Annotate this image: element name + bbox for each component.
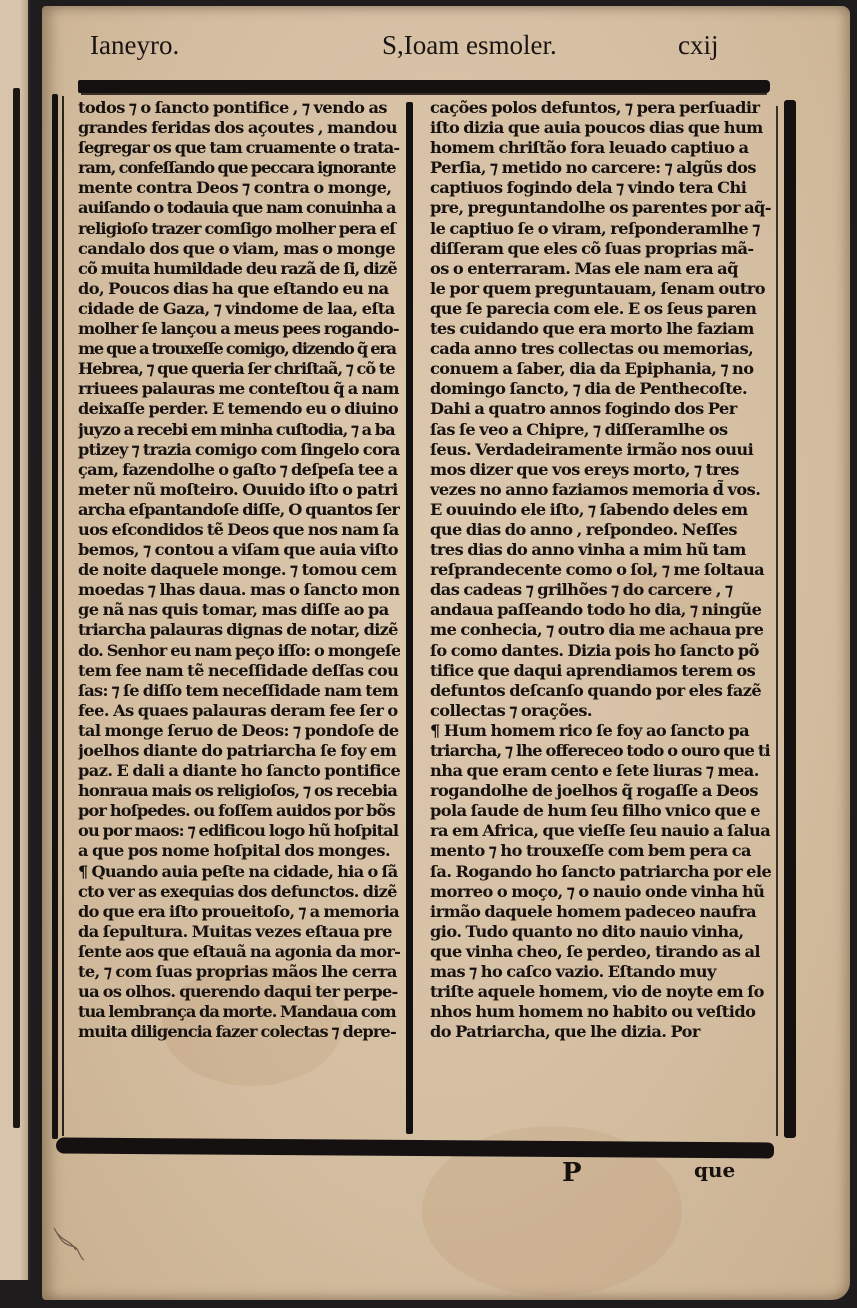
text-line: os o enterraram. Mas ele nam era aq̃: [430, 259, 772, 279]
text-line: ſo como dantes. Dizia pois ho ſancto põ: [430, 641, 772, 661]
text-line: archa eſpantandoſe diſſe, O quantos ſer: [78, 500, 400, 520]
text-line: ſente aos que eſtauã na agonia da mor-: [78, 942, 400, 962]
text-line: grandes feridas dos açoutes , mandou: [78, 118, 400, 138]
text-line: todos ⁊ o ſancto pontifice , ⁊ vendo as: [78, 98, 400, 118]
text-line: cõ muita humildade deu razã de ſi, dizẽ: [78, 259, 400, 279]
facing-page-border-rule: [13, 88, 20, 1128]
text-line: vezes no anno faziamos memoria d̃ vos.: [430, 480, 772, 500]
text-line: homem chriſtão fora leuado captiuo a: [430, 138, 772, 158]
signature-mark: P: [562, 1158, 582, 1188]
text-line: ſas ſe veo a Chipre, ⁊ diſſeramlhe os: [430, 420, 772, 440]
text-line: meter nũ moſteiro. Ouuido iſto o patri: [78, 480, 400, 500]
text-line: honraua mais os religioſos, ⁊ os recebia: [78, 781, 400, 801]
text-line: cidade de Gaza, ⁊ vindome de laa, eſta: [78, 299, 400, 319]
text-line: irmão daquele homem padeceo naufra: [430, 902, 772, 922]
text-line: te, ⁊ com ſuas proprias mãos lhe cerra: [78, 962, 400, 982]
text-line: que dias do anno , reſpondeo. Neſſes: [430, 520, 772, 540]
text-line: uos eſcondidos tẽ Deos que nos nam ſa: [78, 520, 400, 540]
text-line: le captiuo ſe o viram, reſponderamlhe ⁊: [430, 219, 772, 239]
text-line: Dahi a quatro annos fogindo dos Per: [430, 399, 772, 419]
text-line: me conhecia, ⁊ outro dia me achaua pre: [430, 620, 772, 640]
text-line: ram, confeſſando que peccara ignorante: [78, 158, 400, 178]
text-line: mente contra Deos ⁊ contra o monge,: [78, 178, 400, 198]
text-line: muita diligencia fazer colectas ⁊ depre-: [78, 1022, 400, 1042]
text-line: ptizey ⁊ trazia comigo com ſingelo cora: [78, 440, 400, 460]
text-line: collectas ⁊ orações.: [430, 701, 772, 721]
text-line: ou por maos: ⁊ edificou logo hũ hoſpital: [78, 821, 400, 841]
text-line: do Patriarcha, que lhe dizia. Por: [430, 1022, 772, 1042]
text-line: auiſando o todauia que nam conuinha a: [78, 198, 400, 218]
text-line: rriuees palauras me conteſtou q̃ a nam: [78, 379, 400, 399]
text-line: tres dias do anno vinha a mim hũ tam: [430, 540, 772, 560]
text-line: candalo dos que o viam, mas o monge: [78, 239, 400, 259]
catchword: que: [694, 1158, 735, 1182]
facing-page-edge: [0, 0, 30, 1280]
text-line: triſte aquele homem, vio de noyte em ſo: [430, 982, 772, 1002]
folio-number: cxij: [678, 30, 719, 61]
text-line: pre, preguntandolhe os parentes por aq̃-: [430, 198, 772, 218]
right-text-column: cações polos defuntos, ⁊ pera perſuadiri…: [430, 98, 772, 1042]
text-line: nhos hum homem no habito ou veſtido: [430, 1002, 772, 1022]
text-line: juyzo a recebi em minha cuſtodia, ⁊ a ba: [78, 420, 400, 440]
pen-scribble-mark: [50, 1224, 90, 1264]
column-divider-rule: [406, 102, 413, 1134]
text-line: ¶ Hum homem rico ſe foy ao ſancto pa: [430, 721, 772, 741]
top-border-rule: [78, 80, 770, 93]
text-line: de noite daquele monge. ⁊ tomou cem: [78, 560, 400, 580]
text-line: do, Poucos dias ha que eſtando eu na: [78, 279, 400, 299]
text-line: rogandolhe de joelhos q̃ rogaſſe a Deos: [430, 781, 772, 801]
text-line: nha que eram cento e ſete liuras ⁊ mea.: [430, 761, 772, 781]
text-line: ſas: ⁊ ſe diſſo tem neceſſidade nam tem: [78, 681, 400, 701]
text-line: que ſe parecia com ele. E os ſeus paren: [430, 299, 772, 319]
text-line: triarcha palauras dignas de notar, dizẽ: [78, 620, 400, 640]
running-head-title: S,Ioam esmoler.: [382, 30, 557, 61]
text-line: das cadeas ⁊ grilhões ⁊ do carcere , ⁊: [430, 580, 772, 600]
text-line: bemos, ⁊ contou a viſam que auia viſto: [78, 540, 400, 560]
text-line: mos dizer que vos ereys morto, ⁊ tres: [430, 460, 772, 480]
text-line: que vinha cheo, ſe perdeo, tirando as al: [430, 942, 772, 962]
text-line: ua os olhos. querendo daqui ter perpe-: [78, 982, 400, 1002]
text-line: çam, fazendolhe o gaſto ⁊ deſpeſa tee a: [78, 460, 400, 480]
text-line: por hoſpedes. ou foſſem auidos por bõs: [78, 801, 400, 821]
text-line: tal monge ſeruo de Deos: ⁊ pondoſe de: [78, 721, 400, 741]
text-line: pola ſaude de hum ſeu filho vnico que e: [430, 801, 772, 821]
running-head: Ianeyro. S,Ioam esmoler. cxij: [42, 30, 850, 70]
text-line: reſprandecente como o ſol, ⁊ me ſoltaua: [430, 560, 772, 580]
text-line: ra em Africa, que vieſſe ſeu nauio a ſal…: [430, 821, 772, 841]
book-page: Ianeyro. S,Ioam esmoler. cxij todos ⁊ o …: [42, 6, 850, 1300]
text-line: triarcha, ⁊ lhe offereceo todo o ouro qu…: [430, 741, 772, 761]
text-line: religioſo trazer comſigo molher pera eſ: [78, 219, 400, 239]
text-line: do que era iſto proueitoſo, ⁊ a memoria: [78, 902, 400, 922]
text-line: cações polos defuntos, ⁊ pera perſuadir: [430, 98, 772, 118]
text-line: cto ver as exequias dos defunctos. dizẽ: [78, 882, 400, 902]
text-line: Hebrea, ⁊ que queria ſer chriſtaã, ⁊ cõ …: [78, 359, 400, 379]
text-line: ſa. Rogando ho ſancto patriarcha por ele: [430, 862, 772, 882]
right-border-rule: [784, 100, 796, 1138]
text-line: defuntos deſcanſo quando por eles fazẽ: [430, 681, 772, 701]
left-text-column: todos ⁊ o ſancto pontifice , ⁊ vendo asg…: [78, 98, 400, 1042]
text-line: do. Senhor eu nam peço iſſo: o mongeſe: [78, 641, 400, 661]
text-line: tifice que daqui aprendiamos terem os: [430, 661, 772, 681]
text-line: mento ⁊ ho trouxeſſe com bem pera ca: [430, 841, 772, 861]
left-border-inner-rule: [62, 96, 64, 1136]
text-line: captiuos fogindo dela ⁊ vindo tera Chi: [430, 178, 772, 198]
text-line: conuem a ſaber, dia da Epiphania, ⁊ no: [430, 359, 772, 379]
text-line: joelhos diante do patriarcha ſe foy em: [78, 741, 400, 761]
text-line: gio. Tudo quanto no dito nauio vinha,: [430, 922, 772, 942]
text-line: tes cuidando que era morto lhe faziam: [430, 319, 772, 339]
text-line: le por quem preguntauam, ſenam outro: [430, 279, 772, 299]
text-line: diſſeram que eles cõ ſuas proprias mã-: [430, 239, 772, 259]
text-line: iſto dizia que auia poucos dias que hum: [430, 118, 772, 138]
text-line: domingo ſancto, ⁊ dia de Penthecoſte.: [430, 379, 772, 399]
text-line: a que pos nome hoſpital dos monges.: [78, 841, 400, 861]
text-line: tem fee nam tẽ neceſſidade deſſas cou: [78, 661, 400, 681]
text-line: moedas ⁊ lhas daua. mas o ſancto mon: [78, 580, 400, 600]
text-line: Perſia, ⁊ metido no carcere: ⁊ algũs dos: [430, 158, 772, 178]
text-line: andaua paſſeando todo ho dia, ⁊ ningũe: [430, 600, 772, 620]
text-line: ſegregar os que tam cruamente o trata-: [78, 138, 400, 158]
right-border-inner-rule: [776, 106, 778, 1136]
running-head-month: Ianeyro.: [90, 30, 179, 61]
text-line: molher ſe lançou a meus pees rogando-: [78, 319, 400, 339]
left-border-rule: [52, 94, 58, 1139]
text-line: me que a trouxeſſe comigo, dizendo q̃ er…: [78, 339, 400, 359]
text-line: deixaſſe perder. E temendo eu o diuino: [78, 399, 400, 419]
text-line: ¶ Quando auia peſte na cidade, hia o ſã: [78, 862, 400, 882]
text-line: E ouuindo ele iſto, ⁊ ſabendo deles em: [430, 500, 772, 520]
text-line: mas ⁊ ho caſco vazio. Eſtando muy: [430, 962, 772, 982]
text-line: ſeus. Verdadeiramente irmão nos ouui: [430, 440, 772, 460]
text-line: paz. E dali a diante ho ſancto pontifice: [78, 761, 400, 781]
text-line: morreo o moço, ⁊ o nauio onde vinha hũ: [430, 882, 772, 902]
text-line: ge nã nas quis tomar, mas diſſe ao pa: [78, 600, 400, 620]
bottom-border-rule: [56, 1137, 774, 1158]
text-line: cada anno tres collectas ou memorias,: [430, 339, 772, 359]
text-line: tua lembrança da morte. Mandaua com: [78, 1002, 400, 1022]
text-line: fee. As quaes palauras deram fee ſer o: [78, 701, 400, 721]
text-line: da ſepultura. Muitas vezes eſtaua pre: [78, 922, 400, 942]
